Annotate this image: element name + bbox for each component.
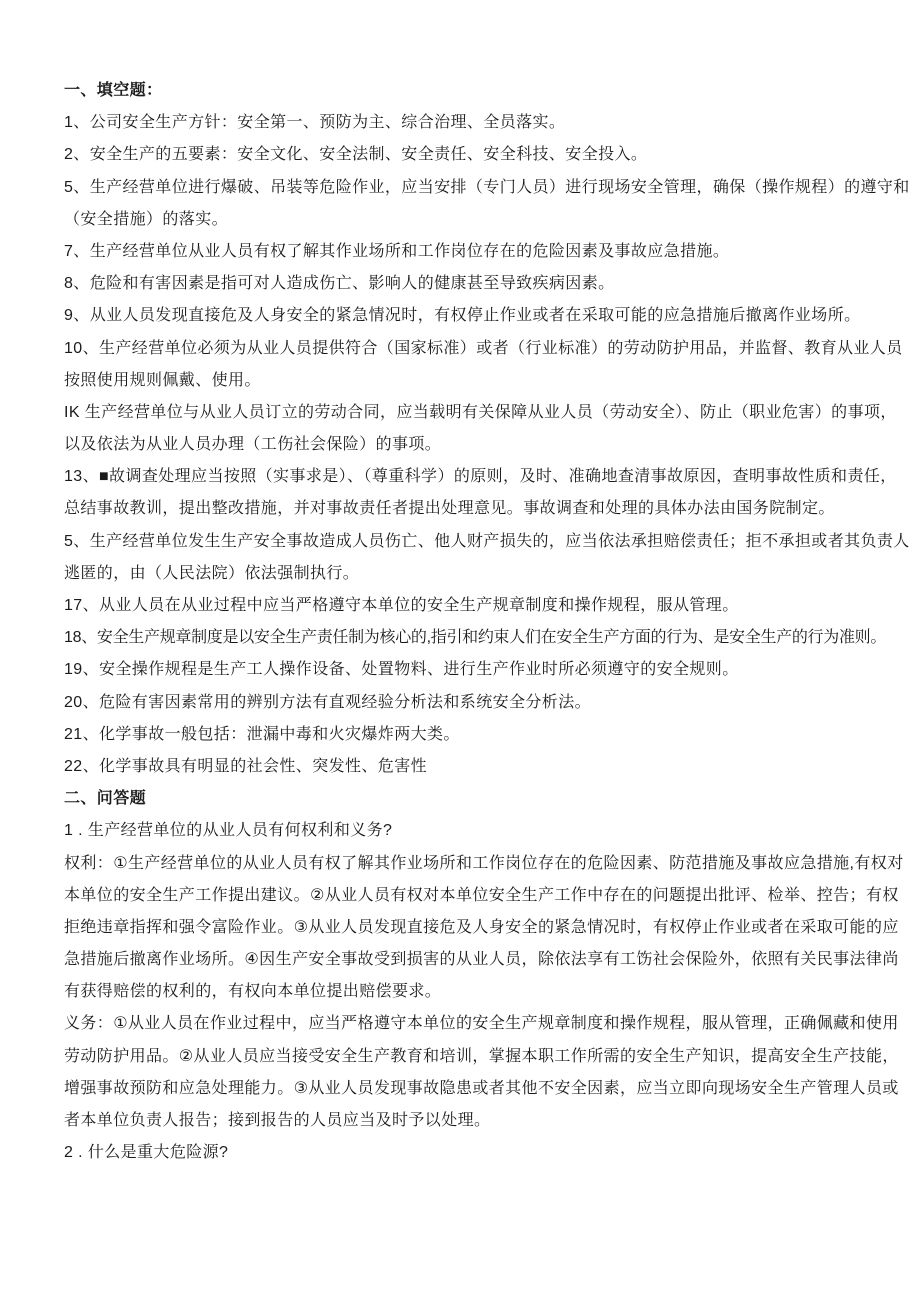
- document-line: 2、安全生产的五要素：安全文化、安全法制、安全责任、安全科技、安全投入。: [64, 139, 908, 171]
- document-line: 17、从业人员在从业过程中应当严格遵守本单位的安全生产规章制度和操作规程，服从管…: [64, 590, 908, 622]
- document-line: 20、危险有害因素常用的辨别方法有直观经验分析法和系统安全分析法。: [64, 687, 908, 719]
- document-line: 逃匿的，由（人民法院）依法强制执行。: [64, 558, 908, 590]
- document-line: 1 . 生产经营单位的从业人员有何权利和义务?: [64, 815, 908, 847]
- document-line: 本单位的安全生产工作提出建议。②从业人员有权对本单位安全生产工作中存在的问题提出…: [64, 880, 908, 912]
- document-line: 7、生产经营单位从业人员有权了解其作业场所和工作岗位存在的危险因素及事故应急措施…: [64, 236, 908, 268]
- document-line: 义务：①从业人员在作业过程中，应当严格遵守本单位的安全生产规章制度和操作规程，服…: [64, 1008, 908, 1040]
- document-line: （安全措施）的落实。: [64, 204, 908, 236]
- document-line: 按照使用规则佩戴、使用。: [64, 365, 908, 397]
- document-line: 22、化学事故具有明显的社会性、突发性、危害性: [64, 751, 908, 783]
- document-line: 总结事故教训，提出整改措施，并对事故责任者提出处理意见。事故调查和处理的具体办法…: [64, 493, 908, 525]
- document-line: 19、安全操作规程是生产工人操作设备、处置物料、进行生产作业时所必须遵守的安全规…: [64, 654, 908, 686]
- document-page: 一、填空题：1、公司安全生产方针：安全第一、预防为主、综合治理、全员落实。2、安…: [0, 0, 920, 1301]
- document-line: 二、问答题: [64, 783, 908, 815]
- document-line: 8、危险和有害因素是指可对人造成伤亡、影响人的健康甚至导致疾病因素。: [64, 268, 908, 300]
- document-line: 10、生产经营单位必须为从业人员提供符合（国家标准）或者（行业标准）的劳动防护用…: [64, 333, 908, 365]
- document-line: 2 . 什么是重大危险源?: [64, 1137, 908, 1169]
- document-line: 拒绝违章指挥和强令富险作业。③从业人员发现直接危及人身安全的紧急情况时，有权停止…: [64, 912, 908, 944]
- document-line: 13、■故调查处理应当按照（实事求是）、（尊重科学）的原则，及时、准确地查清事故…: [64, 461, 908, 493]
- document-line: IK 生产经营单位与从业人员订立的劳动合同，应当载明有关保障从业人员（劳动安全）…: [64, 397, 908, 429]
- document-line: 急措施后撤离作业场所。④因生产安全事故受到损害的从业人员，除依法享有工饬社会保险…: [64, 944, 908, 976]
- document-line: 劳动防护用品。②从业人员应当接受安全生产教育和培训，掌握本职工作所需的安全生产知…: [64, 1041, 908, 1073]
- document-line: 18、安全生产规章制度是以安全生产责任制为核心的,指引和约束人们在安全生产方面的…: [64, 622, 908, 654]
- document-line: 5、生产经营单位进行爆破、吊装等危险作业，应当安排（专门人员）进行现场安全管理，…: [64, 172, 908, 204]
- document-line: 21、化学事故一般包括：泄漏中毒和火灾爆炸两大类。: [64, 719, 908, 751]
- document-line: 以及依法为从业人员办理（工伤社会保险）的事项。: [64, 429, 908, 461]
- document-line: 一、填空题：: [64, 75, 908, 107]
- document-line: 权利：①生产经营单位的从业人员有权了解其作业场所和工作岗位存在的危险因素、防范措…: [64, 848, 908, 880]
- document-line: 1、公司安全生产方针：安全第一、预防为主、综合治理、全员落实。: [64, 107, 908, 139]
- document-line: 者本单位负责人报告；接到报告的人员应当及时予以处理。: [64, 1105, 908, 1137]
- document-line: 9、从业人员发现直接危及人身安全的紧急情况时，有权停止作业或者在采取可能的应急措…: [64, 300, 908, 332]
- document-line: 增强事故预防和应急处理能力。③从业人员发现事故隐患或者其他不安全因素，应当立即向…: [64, 1073, 908, 1105]
- document-line: 5、生产经营单位发生生产安全事故造成人员伤亡、他人财产损失的，应当依法承担赔偿责…: [64, 526, 908, 558]
- document-line: 有获得赔偿的权利的，有权向本单位提出赔偿要求。: [64, 976, 908, 1008]
- document-body: 一、填空题：1、公司安全生产方针：安全第一、预防为主、综合治理、全员落实。2、安…: [64, 75, 908, 1169]
